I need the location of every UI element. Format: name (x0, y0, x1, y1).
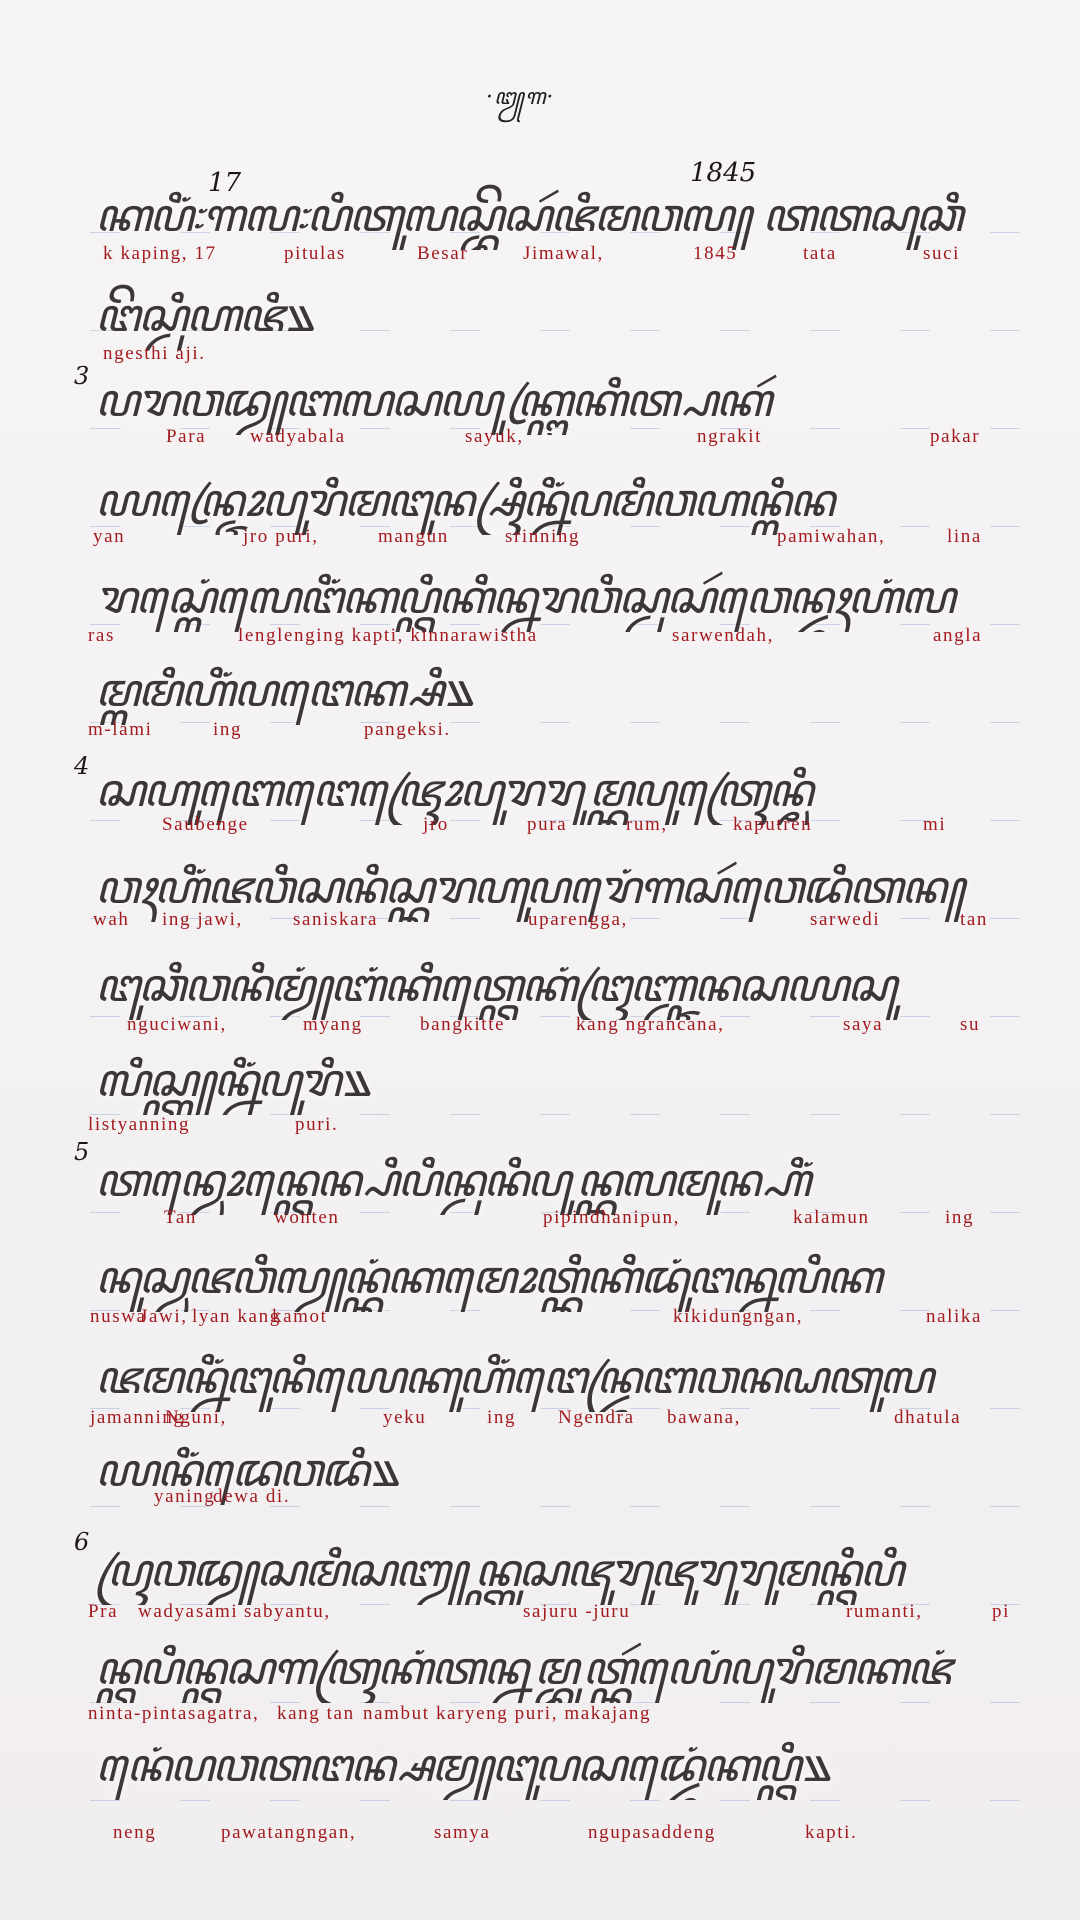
word: pangeksi. (364, 719, 451, 741)
word: kalamun (793, 1207, 870, 1229)
transliteration-line: jamanning Nguni, yeku ing Ngendra bawana… (0, 1407, 1080, 1431)
word: sarwedi (810, 909, 880, 931)
word: srinning (505, 526, 580, 548)
word: 1845 (693, 243, 737, 265)
word: sagatra, (188, 1703, 259, 1725)
transliteration-line: yaning dewa di. (0, 1486, 1080, 1510)
word: Jawi, (140, 1306, 188, 1328)
transliteration-line: ninta-pinta sagatra, kang tan nambut kar… (0, 1703, 1080, 1727)
word: kamot (272, 1306, 328, 1328)
transliteration-line: neng pawatangngan, samya ngupasaddeng ka… (0, 1822, 1080, 1846)
word: bangkitte (420, 1014, 505, 1036)
word: kang tan (277, 1703, 355, 1725)
word: saya (843, 1014, 883, 1036)
ruling-line (90, 1800, 1020, 1801)
word: kapti. (805, 1822, 857, 1844)
manuscript-page: ·꧓꧑· 17 1845 3 4 5 6 ꦏꦥꦶꦁ꧇꧑꧗꧇ꦥꦶꦠꦸꦭꦱ꧀ꦧꦼꦱꦂ… (0, 0, 1080, 1920)
word: pitulas (284, 243, 346, 265)
javanese-script-line: ꦠꦤ꧀ꦮꦺꦴꦤ꧀ꦠꦺꦤ꧀ꦥꦶꦥꦶꦤ꧀ꦝꦤꦶꦥꦸꦤ꧀ꦏꦭꦩꦸꦤ꧀ꦲꦶꦁ (95, 1145, 1030, 1215)
word: sami (196, 1601, 238, 1623)
word: dhatula (894, 1407, 961, 1429)
javanese-script-line: ꦤꦸꦱ꧀ꦮꦗꦮꦶꦭꦾꦤ꧀ꦏꦁꦏꦩꦺꦴꦠ꧀ꦏꦶꦏꦶꦢꦸꦁꦔꦤ꧀ꦤꦭꦶꦏ (95, 1242, 1030, 1312)
word: angla (933, 625, 982, 647)
transliteration-line: yan jro puri, mangun srinning pamiwahan,… (0, 526, 1080, 550)
transliteration-line: listyanning puri. (0, 1114, 1080, 1138)
word: Para (166, 426, 206, 448)
word: kikidungngan, (673, 1306, 803, 1328)
word: m-lami (88, 719, 152, 741)
javanese-script-line: ꦫꦱ꧀ꦭꦺꦁꦭꦺꦔꦶꦁꦏꦥ꧀ꦠꦶꦏꦶꦤ꧀ꦤꦫꦮꦶꦱ꧀ꦛꦱꦂꦮꦺꦤ꧀ꦢꦃꦲꦁꦭ (95, 562, 1030, 632)
page-number: ·꧓꧑· (486, 80, 554, 125)
word: ninta-pinta (88, 1703, 188, 1725)
javanese-script-line: ꦭꦶꦱ꧀ꦠꦾꦤ꧀ꦤꦶꦁꦥꦸꦫꦶ꧉ (95, 1045, 400, 1115)
word: Tan (164, 1207, 197, 1229)
word: mangun (378, 526, 449, 548)
word: Nguni, (165, 1407, 227, 1429)
transliteration-line: Para wadyabala sayuk, ngrakit pakar (0, 426, 1080, 450)
transliteration-line: Saubenge jro pura rum, kaputren mi (0, 814, 1080, 838)
transliteration-line: Pra wadya sami sabyantu, sajuru -juru ru… (0, 1601, 1080, 1625)
javanese-script-line: ꦤꦺꦁꦥꦮꦠꦔꦤ꧀ꦱꦩꦾꦔꦸꦥꦱꦢ꧀ꦢꦺꦁꦏꦥ꧀ꦠꦶ꧉ (95, 1730, 840, 1800)
word: Saubenge (162, 814, 249, 836)
word: neng (113, 1822, 156, 1844)
word: puri. (295, 1114, 338, 1136)
word: pipindhanipun, (543, 1207, 680, 1229)
word: sajuru -juru (523, 1601, 630, 1623)
word: ing (945, 1207, 974, 1229)
transliteration-line: m-lami ing pangeksi. (0, 719, 1080, 743)
word: nalika (926, 1306, 982, 1328)
word: yeku (383, 1407, 426, 1429)
transliteration-line: Tan wonten pipindhanipun, kalamun ing (0, 1207, 1080, 1231)
word: wonten (274, 1207, 340, 1229)
javanese-script-line: ꦏꦥꦶꦁ꧇꧑꧗꧇ꦥꦶꦠꦸꦭꦱ꧀ꦧꦼꦱꦂꦗꦶꦩꦮꦭ꧀ ꦠꦠꦱꦸꦕꦶ (95, 180, 1030, 250)
stanza-number: 6 (74, 1528, 89, 1556)
word: Ngendra (558, 1407, 635, 1429)
word: ngesthi aji. (103, 343, 206, 365)
word: rumanti, (846, 1601, 923, 1623)
word: kang ngrancana, (576, 1014, 725, 1036)
stanza-number: 5 (74, 1138, 89, 1166)
word: lina (947, 526, 982, 548)
word: Jimawal, (523, 243, 604, 265)
word: jro puri, (243, 526, 319, 548)
word: ing jawi, (162, 909, 243, 931)
word: Besar (417, 243, 468, 265)
javanese-script-line: ꦔꦸꦕꦶꦮꦤꦶꦩꦾꦁꦧꦁꦏꦶꦠ꧀ꦠꦺꦏꦁꦔꦿꦚ꧀ꦕꦤꦱꦪꦱꦸ (95, 950, 1030, 1020)
transliteration-line: nuswa Jawi, lyan kang kamot kikidungngan… (0, 1306, 1080, 1330)
word: lenglenging kapti, kinnarawistha (238, 625, 538, 647)
transliteration-line: k kaping, 17 pitulas Besar Jimawal, 1845… (0, 243, 1080, 267)
word: ngupasaddeng (588, 1822, 716, 1844)
word: sabyantu, (244, 1601, 331, 1623)
word: jro (423, 814, 449, 836)
word: wah (93, 909, 129, 931)
javanese-script-line: ꦪꦤ꧀ꦗꦿꦺꦴꦥꦸꦫꦶꦩꦔꦸꦤ꧀ꦱꦿꦶꦤ꧀ꦤꦶꦁꦥꦩꦶꦮꦲꦤ꧀ꦭꦶꦤ (95, 465, 1030, 535)
transliteration-line: wah ing jawi, saniskara uparengga, sarwe… (0, 909, 1080, 933)
word: tan (960, 909, 988, 931)
javanese-script-line: ꦗꦩꦤ꧀ꦤꦶꦁꦔꦸꦤꦶꦪꦺꦏꦸꦲꦶꦁꦔꦺꦤ꧀ꦢꦿꦧꦮꦤꦝꦠꦸꦭ (95, 1342, 1030, 1412)
word: ngrakit (697, 426, 762, 448)
word: kaputren (733, 814, 812, 836)
word: dewa di. (213, 1486, 290, 1508)
word: ing (213, 719, 242, 741)
javanese-script-line: ꦥꦿꦮꦢꦾꦱꦩꦶꦱꦧꦾꦤ꧀ꦠꦸꦱꦗꦸꦫꦸꦗꦸꦫꦸꦫꦸꦩꦤ꧀ꦠꦶꦥꦶ (95, 1535, 1030, 1605)
word: sarwendah, (672, 625, 774, 647)
word: saniskara (293, 909, 378, 931)
word: lyan kang (192, 1306, 281, 1328)
transliteration-line: ras lenglenging kapti, kinnarawistha sar… (0, 625, 1080, 649)
word: ras (88, 625, 115, 647)
word: samya (434, 1822, 491, 1844)
word: myang (303, 1014, 363, 1036)
word: mi (923, 814, 946, 836)
word: rum, (626, 814, 668, 836)
word: pura (527, 814, 567, 836)
word: pawatangngan, (221, 1822, 356, 1844)
word: suci (923, 243, 960, 265)
word: su (960, 1014, 980, 1036)
word: ing (487, 1407, 516, 1429)
word: nuswa (90, 1306, 147, 1328)
word: pakar (930, 426, 980, 448)
word: sayuk, (465, 426, 524, 448)
transliteration-line: nguciwani, myang bangkitte kang ngrancan… (0, 1014, 1080, 1038)
stanza-number: 4 (74, 752, 89, 780)
word: pamiwahan, (777, 526, 885, 548)
word: tata (803, 243, 837, 265)
word: yaning (154, 1486, 215, 1508)
word: nambut karyeng puri, makajang (363, 1703, 651, 1725)
word: listyanning (88, 1114, 190, 1136)
word: wadyabala (250, 426, 346, 448)
word: bawana, (667, 1407, 741, 1429)
javanese-script-line: ꦩ꧀ꦭꦩꦶꦲꦶꦁꦥꦔꦺꦏ꧀ꦱꦶ꧉ (95, 655, 500, 725)
word: yan (93, 526, 125, 548)
word: pi (992, 1601, 1010, 1623)
word: wadya (138, 1601, 196, 1623)
word: k kaping, 17 (103, 243, 217, 265)
transliteration-line: ngesthi aji. (0, 343, 1080, 367)
word: uparengga, (528, 909, 628, 931)
javanese-script-line: ꦥꦫꦮꦢꦾꦧꦭꦱꦪꦸꦏ꧀ꦔꦿꦏꦶꦠ꧀ꦥꦏꦂ (95, 365, 1030, 435)
javanese-script-line: ꦤ꧀ꦠꦥꦶꦤ꧀ꦠꦱꦒꦠꦿꦏꦁꦠꦤ꧀ꦤꦩ꧀ꦧꦸꦠ꧀ꦏꦂꦪꦺꦁꦥꦸꦫꦶꦩꦏꦗꦁ (95, 1633, 1030, 1703)
word: nguciwani, (127, 1014, 227, 1036)
word: Pra (88, 1601, 118, 1623)
javanese-script-line: ꦔꦼꦱ꧀ꦛꦶꦲꦗꦶ꧉ (95, 280, 380, 350)
